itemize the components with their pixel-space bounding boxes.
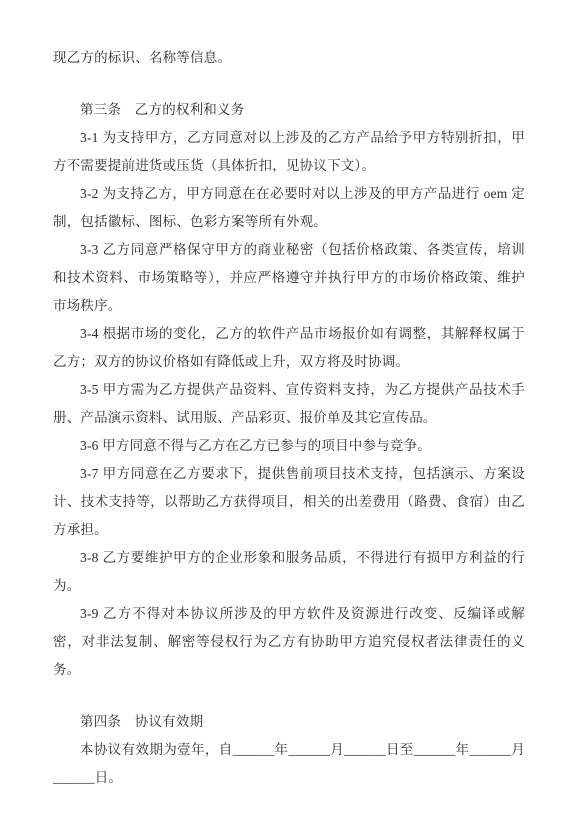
clause-3-7: 3-7 甲方同意在乙方要求下，提供售前项目技术支持，包括演示、方案设计、技术支持… <box>53 460 525 544</box>
paragraph-continuation: 现乙方的标识、名称等信息。 <box>53 44 525 72</box>
clause-3-1: 3-1 为支持甲方，乙方同意对以上涉及的乙方产品给予甲方特别折扣，甲方不需要提前… <box>53 124 525 180</box>
clause-3-8: 3-8 乙方要维护甲方的企业形象和服务品质，不得进行有损甲方利益的行为。 <box>53 544 525 600</box>
section-heading-article-3: 第三条 乙方的权利和义务 <box>53 96 525 124</box>
contract-document-page: 现乙方的标识、名称等信息。 第三条 乙方的权利和义务 3-1 为支持甲方，乙方同… <box>0 0 578 818</box>
clause-3-4: 3-4 根据市场的变化，乙方的软件产品市场报价如有调整，其解释权属于乙方；双方的… <box>53 320 525 376</box>
clause-3-9: 3-9 乙方不得对本协议所涉及的甲方软件及资源进行改变、反编译或解密，对非法复制… <box>53 600 525 684</box>
clause-3-6: 3-6 甲方同意不得与乙方在乙方已参与的项目中参与竞争。 <box>53 432 525 460</box>
clause-3-3: 3-3 乙方同意严格保守甲方的商业秘密（包括价格政策、各类宣传，培训和技术资料、… <box>53 236 525 320</box>
clause-3-5: 3-5 甲方需为乙方提供产品资料、宣传资料支持，为乙方提供产品技术手册、产品演示… <box>53 376 525 432</box>
section-heading-article-4: 第四条 协议有效期 <box>53 708 525 736</box>
clause-3-2: 3-2 为支持乙方，甲方同意在在必要时对以上涉及的甲方产品进行 oem 定制，包… <box>53 180 525 236</box>
clause-4-validity-period: 本协议有效期为壹年，自______年______月______日至______年… <box>53 736 525 792</box>
